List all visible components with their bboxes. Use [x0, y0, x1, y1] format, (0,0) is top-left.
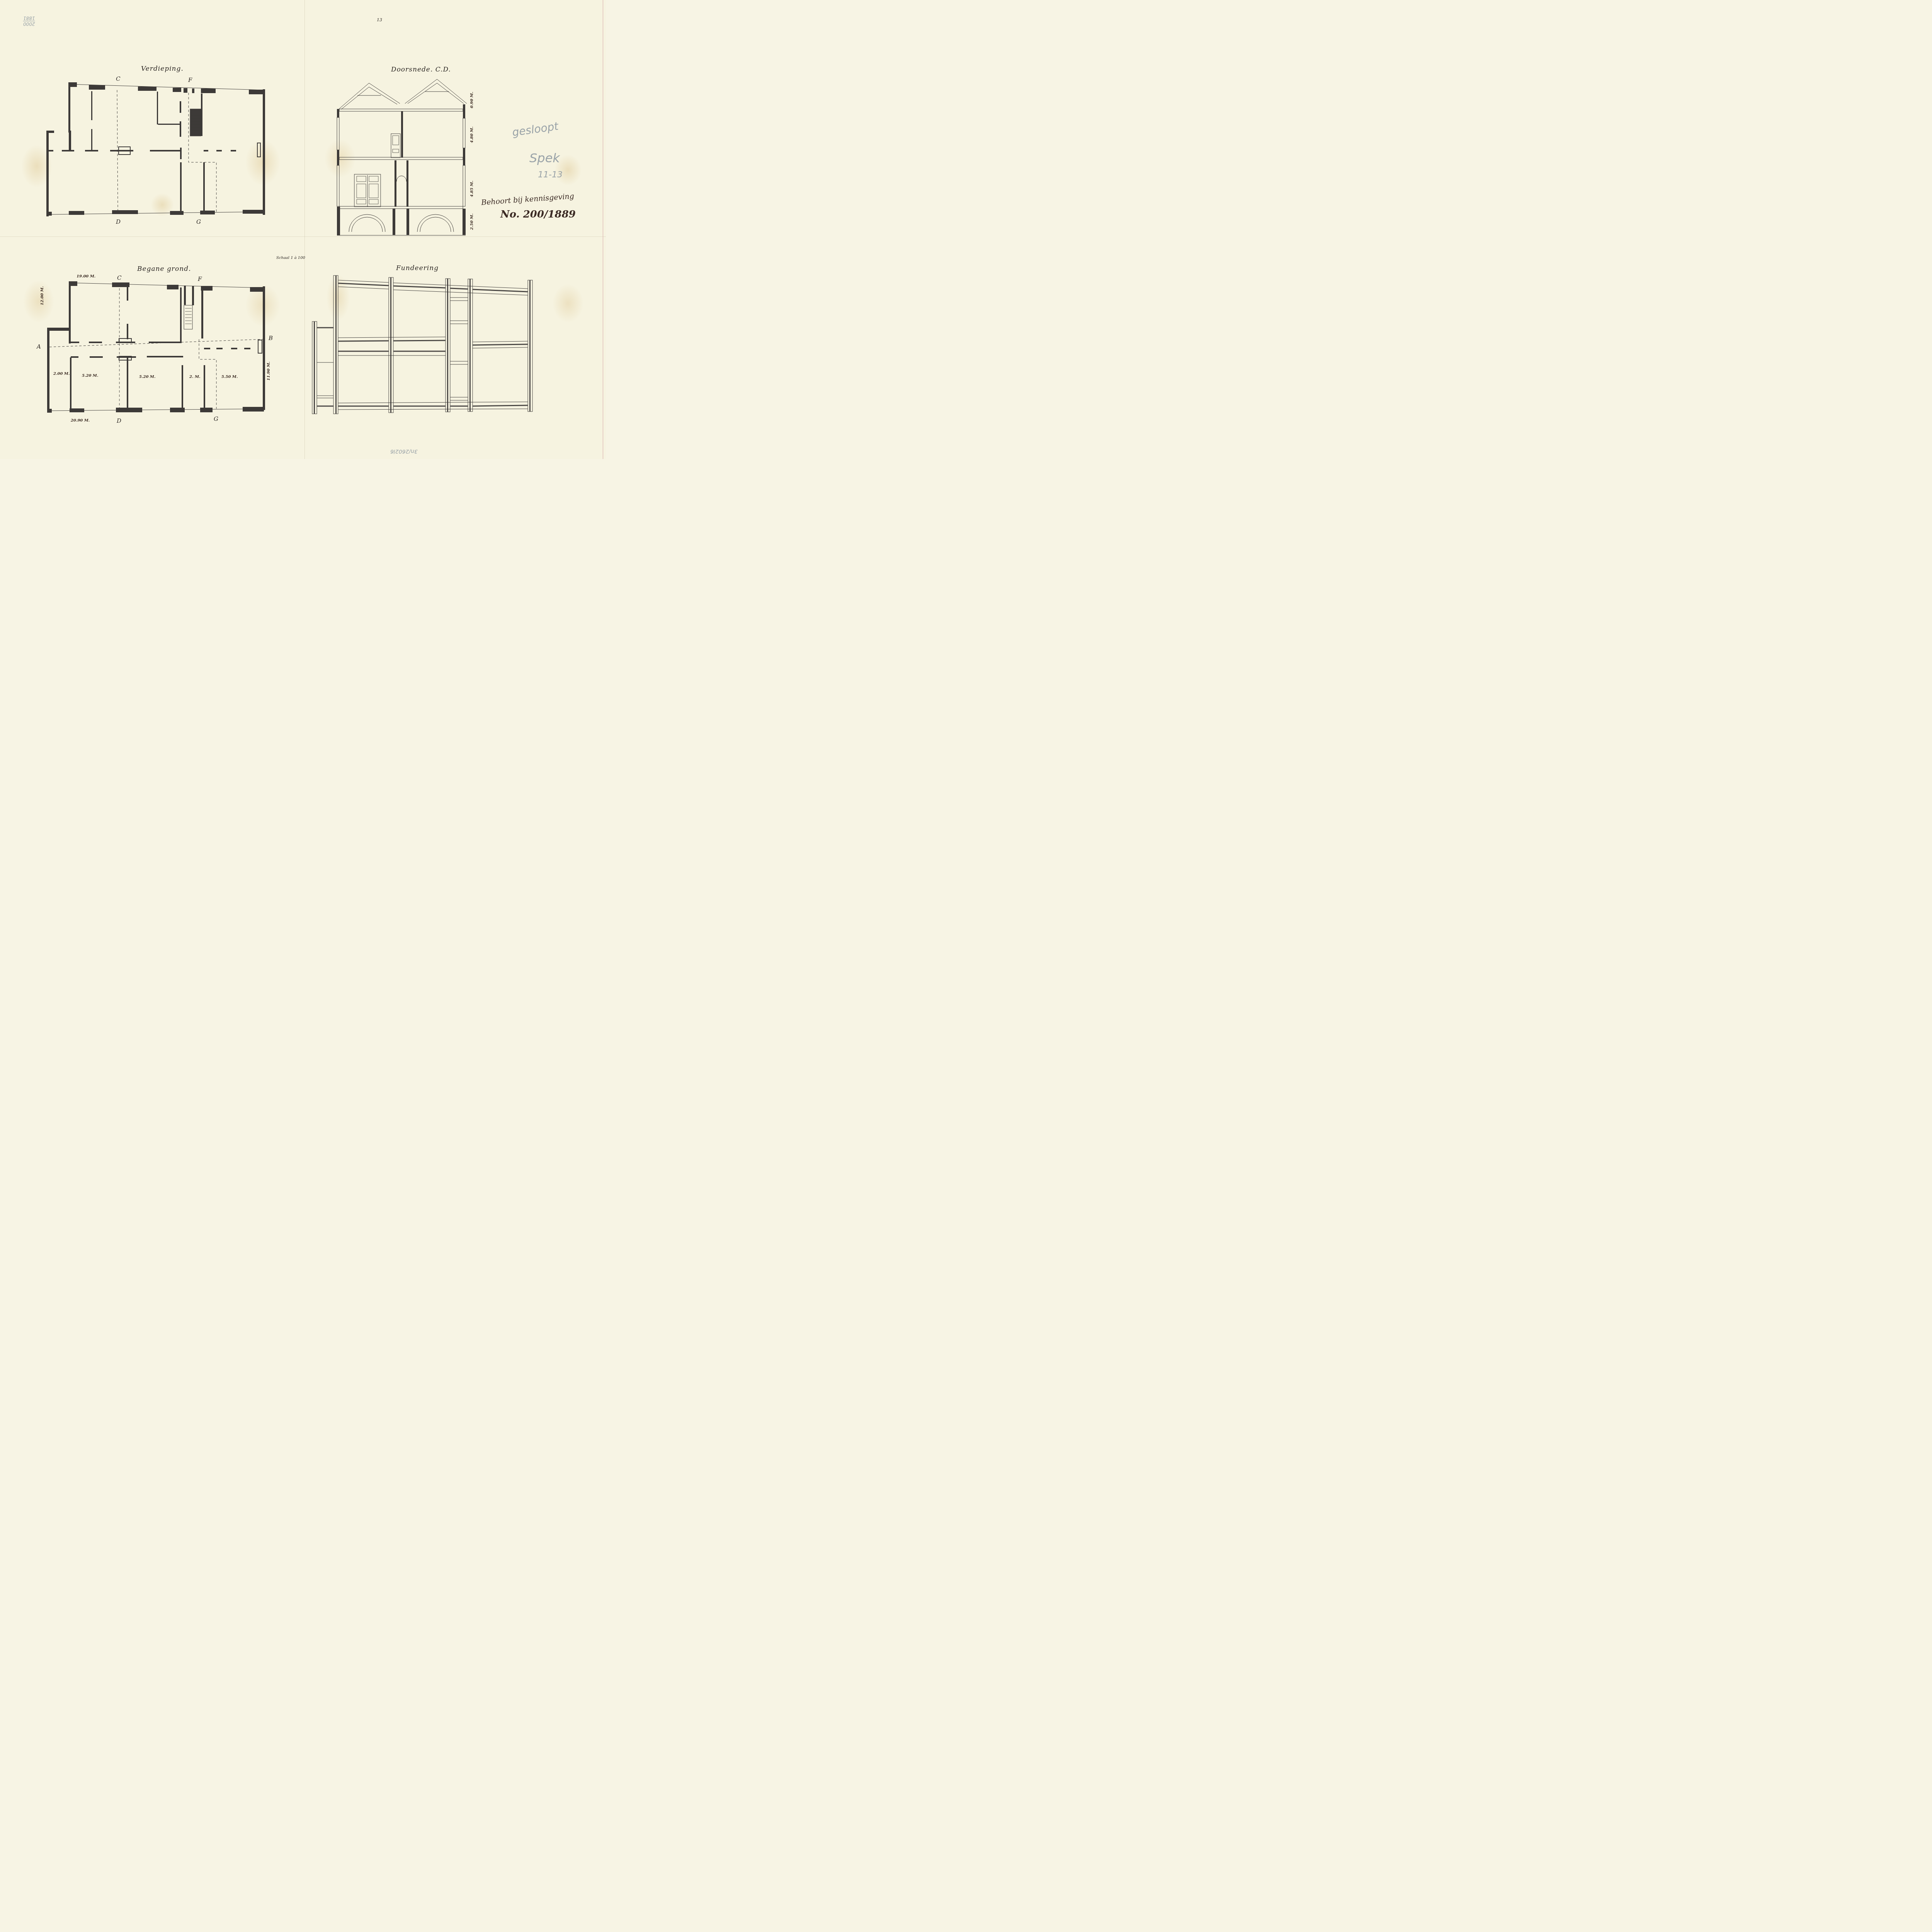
pencil-note-date: 11-13: [538, 170, 563, 180]
foundation-plan: [0, 0, 541, 425]
sheet-edge: [603, 0, 603, 459]
pencil-inventory-number: 3n/2602l6: [390, 448, 418, 454]
